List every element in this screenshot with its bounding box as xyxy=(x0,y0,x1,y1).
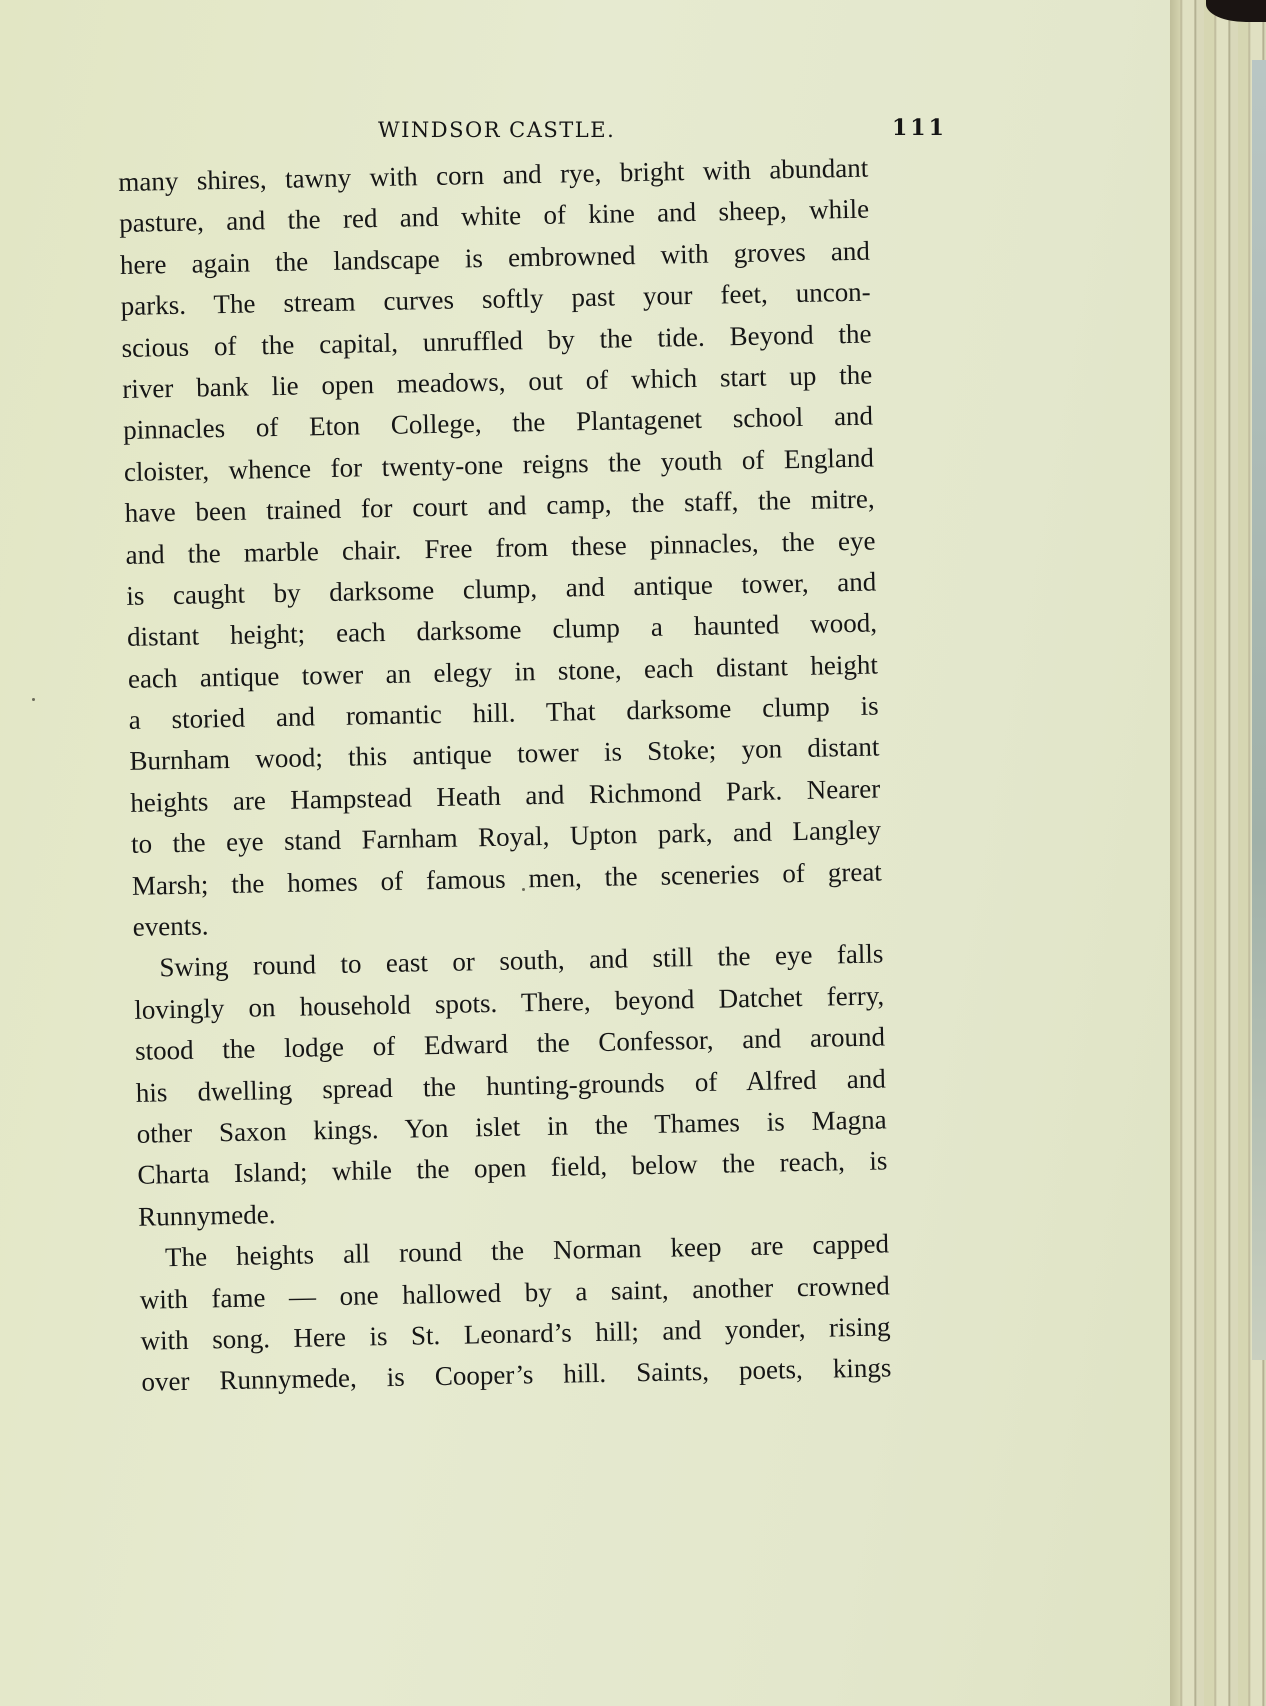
edge-shadow xyxy=(1170,0,1182,1706)
running-title: WINDSOR CASTLE. xyxy=(378,118,615,142)
page-number: 111 xyxy=(892,115,947,141)
page-header: WINDSOR CASTLE. 111 xyxy=(0,108,1180,148)
body-text: many shires, tawny with corn and rye, br… xyxy=(118,145,1002,1403)
paper-speck xyxy=(32,698,35,701)
background-strip xyxy=(1252,60,1266,1360)
paper-speck xyxy=(522,888,525,891)
book-page: WINDSOR CASTLE. 111 many shires, tawny w… xyxy=(0,0,1180,1706)
